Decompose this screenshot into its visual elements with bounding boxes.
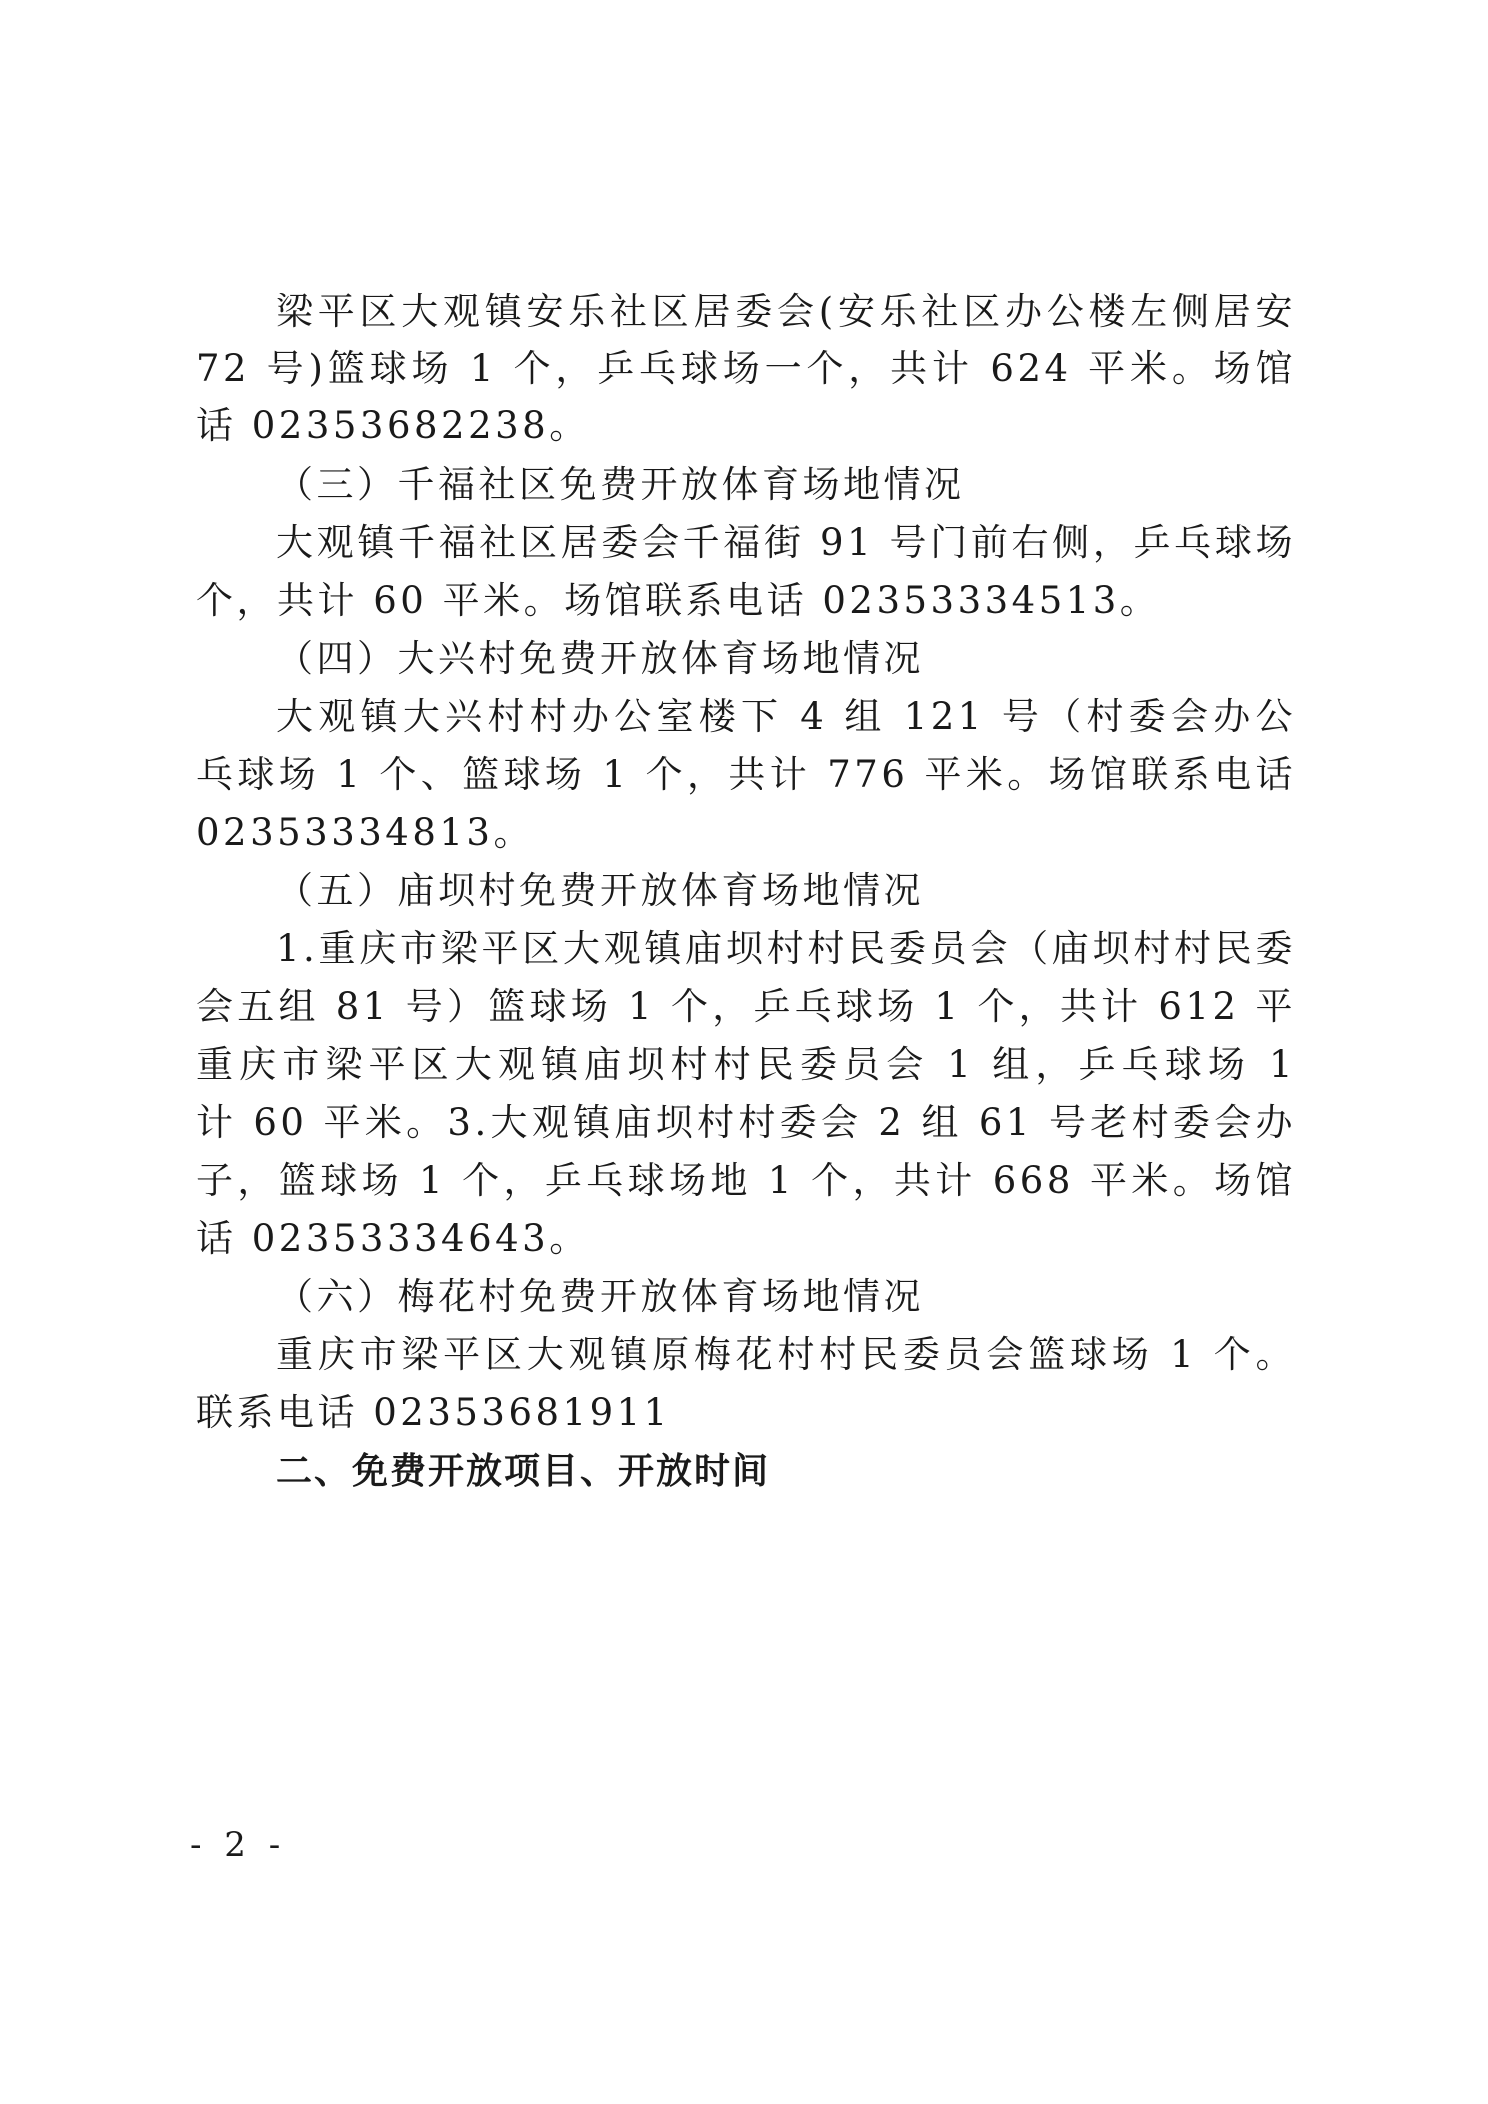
paragraph-miaoba-line-2: 会五组 81 号）篮球场 1 个，乒乓球场 1 个，共计 612 平米。2. (196, 977, 1296, 1037)
section-heading-meihua: （六）梅花村免费开放体育场地情况 (276, 1267, 1296, 1327)
paragraph-miaoba-line-1: 1.重庆市梁平区大观镇庙坝村村民委员会（庙坝村村民委员 (276, 919, 1296, 979)
section-heading-qianfu: （三）千福社区免费开放体育场地情况 (276, 455, 1296, 515)
paragraph-daxing-line-2: 乓球场 1 个、篮球场 1 个，共计 776 平米。场馆联系电话 (196, 745, 1296, 805)
paragraph-daxing-line-1: 大观镇大兴村村办公室楼下 4 组 121 号（村委会办公室）乒 (276, 687, 1296, 747)
paragraph-qianfu-line-1: 大观镇千福社区居委会千福街 91 号门前右侧，乒乓球场一 (276, 513, 1296, 573)
paragraph-meihua-line-1: 重庆市梁平区大观镇原梅花村村民委员会篮球场 1 个。场馆 (276, 1325, 1296, 1385)
paragraph-miaoba-line-4: 计 60 平米。3.大观镇庙坝村村委会 2 组 61 号老村委会办公室坝 (196, 1093, 1296, 1153)
paragraph-daxing-line-3: 02353334813。 (196, 803, 1296, 863)
paragraph-miaoba-line-5: 子，篮球场 1 个，乒乓球场地 1 个，共计 668 平米。场馆联系电 (196, 1151, 1296, 1211)
paragraph-anle-community-line-2: 72 号)篮球场 1 个，乒乓球场一个，共计 624 平米。场馆联系电 (196, 339, 1296, 399)
paragraph-anle-community-line-3: 话 02353682238。 (196, 396, 1296, 456)
paragraph-miaoba-line-3: 重庆市梁平区大观镇庙坝村村民委员会 1 组，乒乓球场 1 个，共 (196, 1035, 1296, 1095)
paragraph-qianfu-line-2: 个，共计 60 平米。场馆联系电话 02353334513。 (196, 571, 1296, 631)
paragraph-miaoba-line-6: 话 02353334643。 (196, 1209, 1296, 1269)
document-page: 梁平区大观镇安乐社区居委会(安乐社区办公楼左侧居安路 72 号)篮球场 1 个，… (0, 0, 1488, 2104)
paragraph-anle-community-line-1: 梁平区大观镇安乐社区居委会(安乐社区办公楼左侧居安路 (276, 282, 1296, 342)
section-heading-daxing: （四）大兴村免费开放体育场地情况 (276, 629, 1296, 689)
paragraph-meihua-line-2: 联系电话 02353681911 (196, 1383, 1296, 1443)
section-heading-miaoba: （五）庙坝村免费开放体育场地情况 (276, 861, 1296, 921)
page-number: - 2 - (190, 1825, 286, 1865)
chapter-heading-free-items-hours: 二、免费开放项目、开放时间 (276, 1442, 1296, 1502)
